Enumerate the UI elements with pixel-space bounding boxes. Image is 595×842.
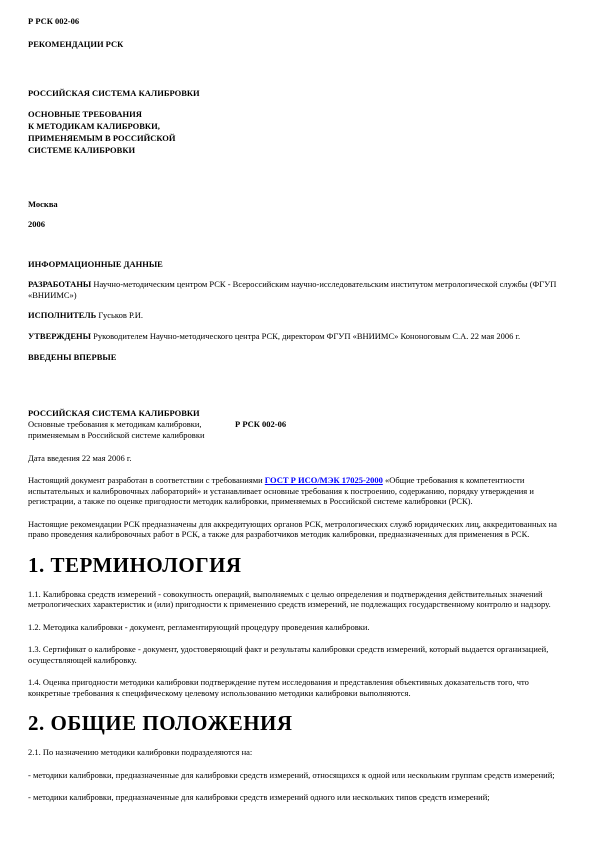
publication-city: Москва (28, 199, 570, 210)
developed-label: РАЗРАБОТАНЫ (28, 279, 91, 289)
approved-label: УТВЕРЖДЕНЫ (28, 331, 91, 341)
document-title-line: СИСТЕМЕ КАЛИБРОВКИ (28, 144, 570, 156)
term-paragraph: 1.3. Сертификат о калибровке - документ,… (28, 644, 570, 665)
document-title-line: ПРИМЕНЯЕМЫМ В РОССИЙСКОЙ (28, 132, 570, 144)
document-page: Р РСК 002-06 РЕКОМЕНДАЦИИ РСК РОССИЙСКАЯ… (0, 0, 595, 842)
intro-paragraph-1: Настоящий документ разработан в соответс… (28, 475, 570, 507)
approved-text: Руководителем Научно-методического центр… (91, 331, 520, 341)
general-provisions-list-item: - методики калибровки, предназначенные д… (28, 792, 570, 803)
document-header-subtitle: Основные требования к методикам калибров… (28, 419, 213, 441)
intro-paragraph-1-before: Настоящий документ разработан в соответс… (28, 475, 265, 485)
developed-text: Научно-методическим центром РСК - Всерос… (28, 279, 556, 300)
document-header-table: РОССИЙСКАЯ СИСТЕМА КАЛИБРОВКИ Основные т… (28, 408, 570, 441)
developed-by-paragraph: РАЗРАБОТАНЫ Научно-методическим центром … (28, 279, 570, 300)
section-heading-terminology: 1. ТЕРМИНОЛОГИЯ (28, 553, 570, 577)
term-paragraph: 1.4. Оценка пригодности методики калибро… (28, 677, 570, 698)
section-heading-general-provisions: 2. ОБЩИЕ ПОЛОЖЕНИЯ (28, 711, 570, 735)
general-provisions-list-item: - методики калибровки, предназначенные д… (28, 770, 570, 781)
approved-by-paragraph: УТВЕРЖДЕНЫ Руководителем Научно-методиче… (28, 331, 570, 342)
document-title-line: ОСНОВНЫЕ ТРЕБОВАНИЯ (28, 108, 570, 120)
system-title: РОССИЙСКАЯ СИСТЕМА КАЛИБРОВКИ (28, 88, 570, 99)
effective-date-line: Дата введения 22 мая 2006 г. (28, 453, 570, 464)
doc-code: Р РСК 002-06 (28, 16, 570, 27)
document-header-code-cell: Р РСК 002-06 (235, 419, 286, 430)
executor-paragraph: ИСПОЛНИТЕЛЬ Гуськов Р.И. (28, 310, 570, 321)
document-header-system-title: РОССИЙСКАЯ СИСТЕМА КАЛИБРОВКИ (28, 408, 213, 419)
document-title: ОСНОВНЫЕ ТРЕБОВАНИЯ К МЕТОДИКАМ КАЛИБРОВ… (28, 108, 570, 156)
document-header-title-cell: РОССИЙСКАЯ СИСТЕМА КАЛИБРОВКИ Основные т… (28, 408, 213, 441)
intro-paragraph-2: Настоящие рекомендации РСК предназначены… (28, 519, 570, 540)
gost-standard-link[interactable]: ГОСТ Р ИСО/МЭК 17025-2000 (265, 475, 383, 485)
executor-text: Гуськов Р.И. (96, 310, 143, 320)
document-title-line: К МЕТОДИКАМ КАЛИБРОВКИ, (28, 120, 570, 132)
publication-year: 2006 (28, 219, 570, 230)
term-paragraph: 1.2. Методика калибровки - документ, рег… (28, 622, 570, 633)
general-provisions-paragraph: 2.1. По назначению методики калибровки п… (28, 747, 570, 758)
introduced-first-time: ВВЕДЕНЫ ВПЕРВЫЕ (28, 352, 570, 363)
term-paragraph: 1.1. Калибровка средств измерений - сово… (28, 589, 570, 610)
executor-label: ИСПОЛНИТЕЛЬ (28, 310, 96, 320)
doc-type: РЕКОМЕНДАЦИИ РСК (28, 39, 570, 50)
info-data-heading: ИНФОРМАЦИОННЫЕ ДАННЫЕ (28, 259, 570, 270)
